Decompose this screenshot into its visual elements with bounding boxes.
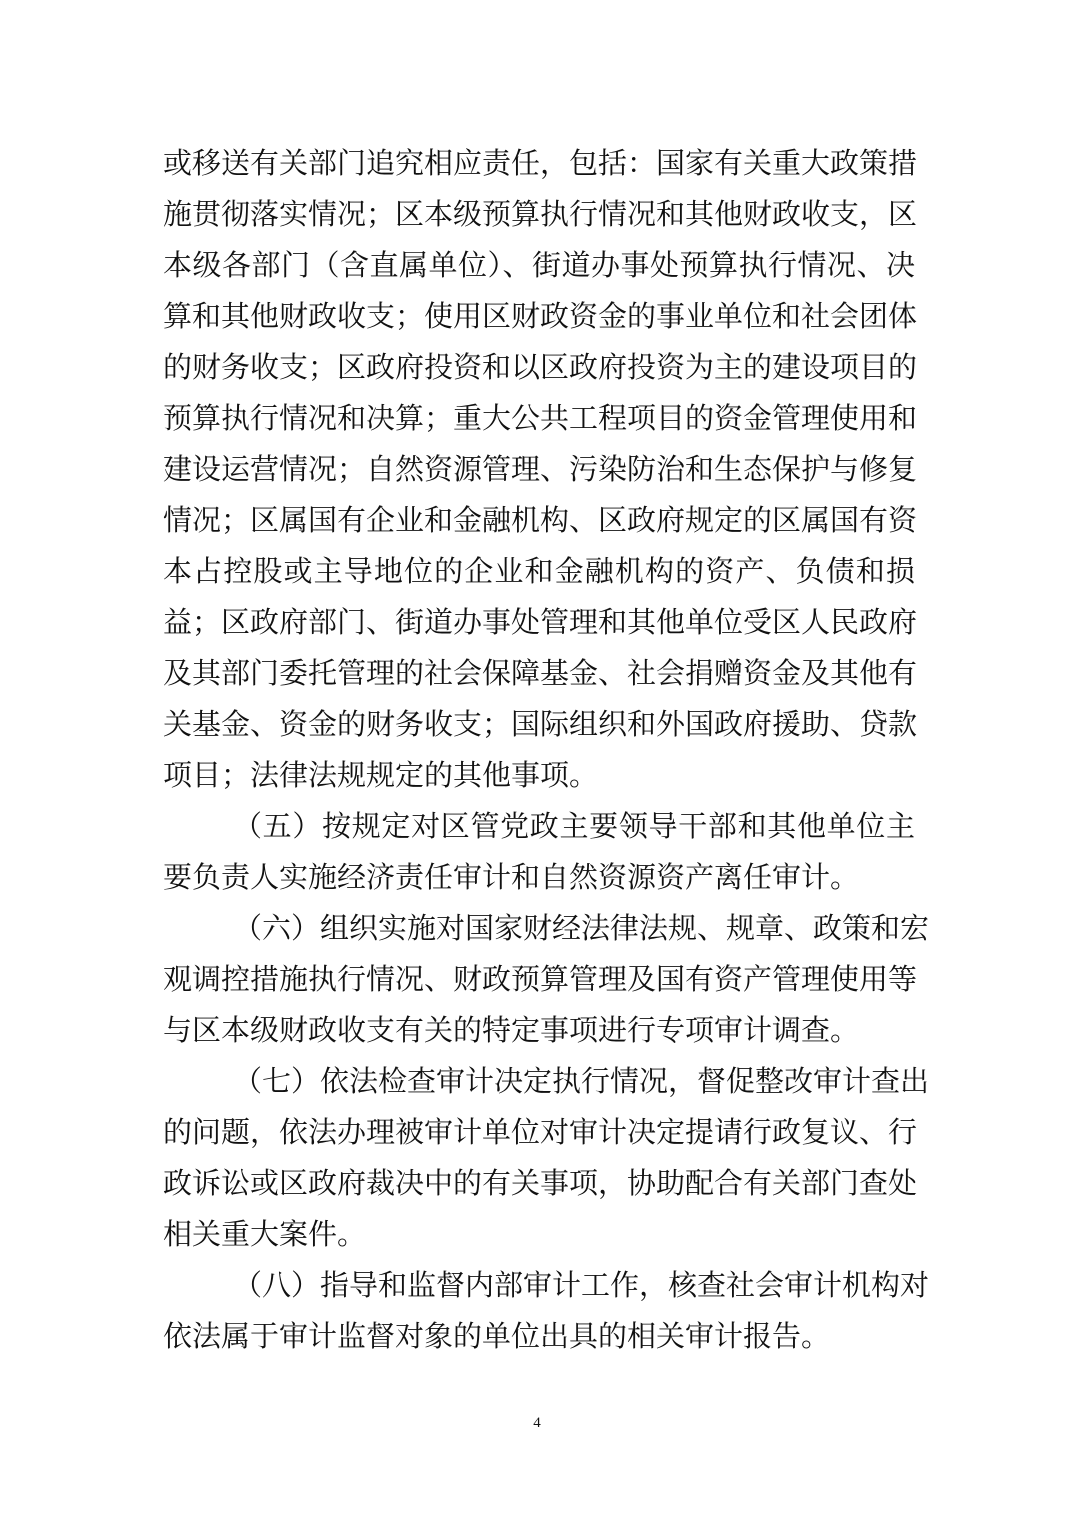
text-line: 预算执行情况和决算；重大公共工程项目的资金管理使用和	[163, 398, 915, 438]
paragraph-7-heading-line: （七）依法检查审计决定执行情况，督促整改审计查出	[233, 1061, 915, 1101]
text-line: 本占控股或主导地位的企业和金融机构的资产、负债和损	[163, 551, 915, 591]
text-line: 项目；法律法规规定的其他事项。	[163, 755, 915, 795]
text-line: 施贯彻落实情况；区本级预算执行情况和其他财政收支，区	[163, 194, 915, 234]
document-page: 或移送有关部门追究相应责任，包括：国家有关重大政策措 施贯彻落实情况；区本级预算…	[0, 0, 1074, 1520]
text-line: 及其部门委托管理的社会保障基金、社会捐赠资金及其他有	[163, 653, 915, 693]
text-line: 要负责人实施经济责任审计和自然资源资产离任审计。	[163, 857, 915, 897]
text-line: 建设运营情况；自然资源管理、污染防治和生态保护与修复	[163, 449, 915, 489]
text-line: 或移送有关部门追究相应责任，包括：国家有关重大政策措	[163, 143, 915, 183]
text-line: 益；区政府部门、街道办事处管理和其他单位受区人民政府	[163, 602, 915, 642]
text-line: 的财务收支；区政府投资和以区政府投资为主的建设项目的	[163, 347, 915, 387]
text-line: 情况；区属国有企业和金融机构、区政府规定的区属国有资	[163, 500, 915, 540]
paragraph-8-heading-line: （八）指导和监督内部审计工作，核查社会审计机构对	[233, 1265, 915, 1305]
text-line: 的问题，依法办理被审计单位对审计决定提请行政复议、行	[163, 1112, 915, 1152]
paragraph-6-heading-line: （六）组织实施对国家财经法律法规、规章、政策和宏	[233, 908, 915, 948]
paragraph-5-heading-line: （五）按规定对区管党政主要领导干部和其他单位主	[233, 806, 915, 846]
text-line: 政诉讼或区政府裁决中的有关事项，协助配合有关部门查处	[163, 1163, 915, 1203]
page-number: 4	[0, 1415, 1074, 1432]
text-line: 观调控措施执行情况、财政预算管理及国有资产管理使用等	[163, 959, 915, 999]
text-line: 相关重大案件。	[163, 1214, 915, 1254]
text-line: 本级各部门（含直属单位）、街道办事处预算执行情况、决	[163, 245, 915, 285]
text-line: 关基金、资金的财务收支；国际组织和外国政府援助、贷款	[163, 704, 915, 744]
text-line: 与区本级财政收支有关的特定事项进行专项审计调查。	[163, 1010, 915, 1050]
text-line: 算和其他财政收支；使用区财政资金的事业单位和社会团体	[163, 296, 915, 336]
text-line: 依法属于审计监督对象的单位出具的相关审计报告。	[163, 1316, 915, 1356]
